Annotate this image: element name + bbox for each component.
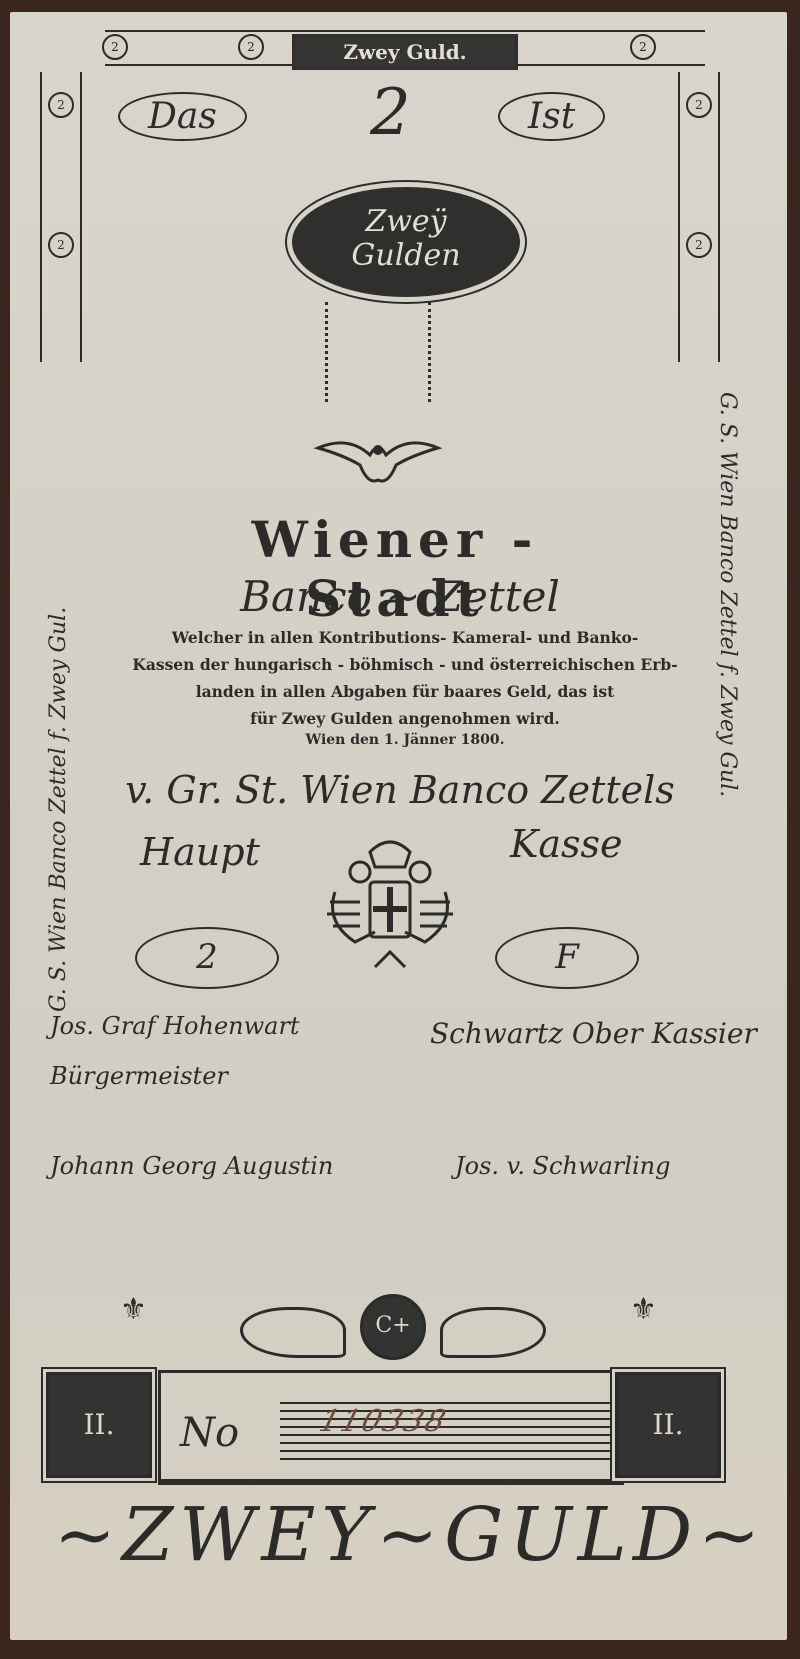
header-denomination: Zwey Guld. xyxy=(292,34,518,70)
denomination-numeral: 2 xyxy=(370,76,411,150)
scroll-left-text: Das xyxy=(118,92,247,141)
frame-medallion: 2 xyxy=(48,92,74,118)
cornucopia-ornament-icon xyxy=(440,1307,546,1358)
office-left-word: Haupt xyxy=(140,830,260,874)
body-line: Kassen der hungarisch - böhmisch - und ö… xyxy=(125,651,685,678)
body-line: Welcher in allen Kontributions- Kameral-… xyxy=(125,624,685,651)
banknote: 2 2 2 2 Zwey Guld. 2 2 2 2 Das 2 Ist Zwe… xyxy=(10,12,787,1640)
corner-numeral-left: II. xyxy=(46,1372,152,1478)
signature: Schwartz Ober Kassier xyxy=(430,1017,757,1050)
left-frame: 2 2 xyxy=(40,72,82,362)
frame-medallion: 2 xyxy=(686,92,712,118)
body-line: für Zwey Gulden angenohmen wird. xyxy=(125,705,685,732)
right-margin-text: G. S. Wien Banco Zettel f. Zwey Gul. xyxy=(715,392,740,797)
double-headed-eagle-icon xyxy=(315,832,465,982)
office-right-word: Kasse xyxy=(510,822,623,866)
eagle-ornament-icon xyxy=(308,430,448,490)
denomination-cartouche: Zweÿ Gulden xyxy=(292,187,520,297)
serial-label: No xyxy=(180,1410,239,1456)
scroll-right-text: Ist xyxy=(498,92,605,141)
signature: Johann Georg Augustin xyxy=(50,1152,333,1180)
cornucopia-ornament-icon xyxy=(240,1307,346,1358)
signature: Jos. Graf Hohenwart xyxy=(50,1012,300,1040)
frame-medallion: 2 xyxy=(102,34,128,60)
cartouche-line1: Zweÿ xyxy=(292,205,520,239)
pendant-chain-icon xyxy=(428,302,435,402)
footer-denomination: ~ZWEY~GULD~ xyxy=(40,1492,780,1578)
frame-medallion: 2 xyxy=(238,34,264,60)
fleur-de-lis-icon: ⚜ xyxy=(120,1292,147,1327)
cartouche-line2: Gulden xyxy=(292,239,520,273)
left-margin-text: G. S. Wien Banco Zettel f. Zwey Gul. xyxy=(46,607,71,1012)
signature: Jos. v. Schwarling xyxy=(455,1152,670,1180)
pendant-chain-icon xyxy=(325,302,332,402)
body-text: Welcher in allen Kontributions- Kameral-… xyxy=(125,624,685,732)
fleur-de-lis-icon: ⚜ xyxy=(630,1292,657,1327)
issue-date: Wien den 1. Jänner 1800. xyxy=(125,732,685,748)
serial-number: 110338 xyxy=(315,1404,451,1439)
crowned-seal: C+ xyxy=(360,1294,426,1360)
corner-numeral-right: II. xyxy=(615,1372,721,1478)
office-line: v. Gr. St. Wien Banco Zettels xyxy=(110,768,690,812)
monogram-left: 2 xyxy=(135,927,279,989)
signature: Bürgermeister xyxy=(50,1062,228,1090)
title-line-2: Banco ~ Zettel xyxy=(190,572,610,621)
monogram-right: F xyxy=(495,927,639,989)
frame-medallion: 2 xyxy=(48,232,74,258)
right-frame: 2 2 xyxy=(678,72,720,362)
frame-medallion: 2 xyxy=(630,34,656,60)
frame-medallion: 2 xyxy=(686,232,712,258)
body-line: landen in allen Abgaben für baares Geld,… xyxy=(125,678,685,705)
